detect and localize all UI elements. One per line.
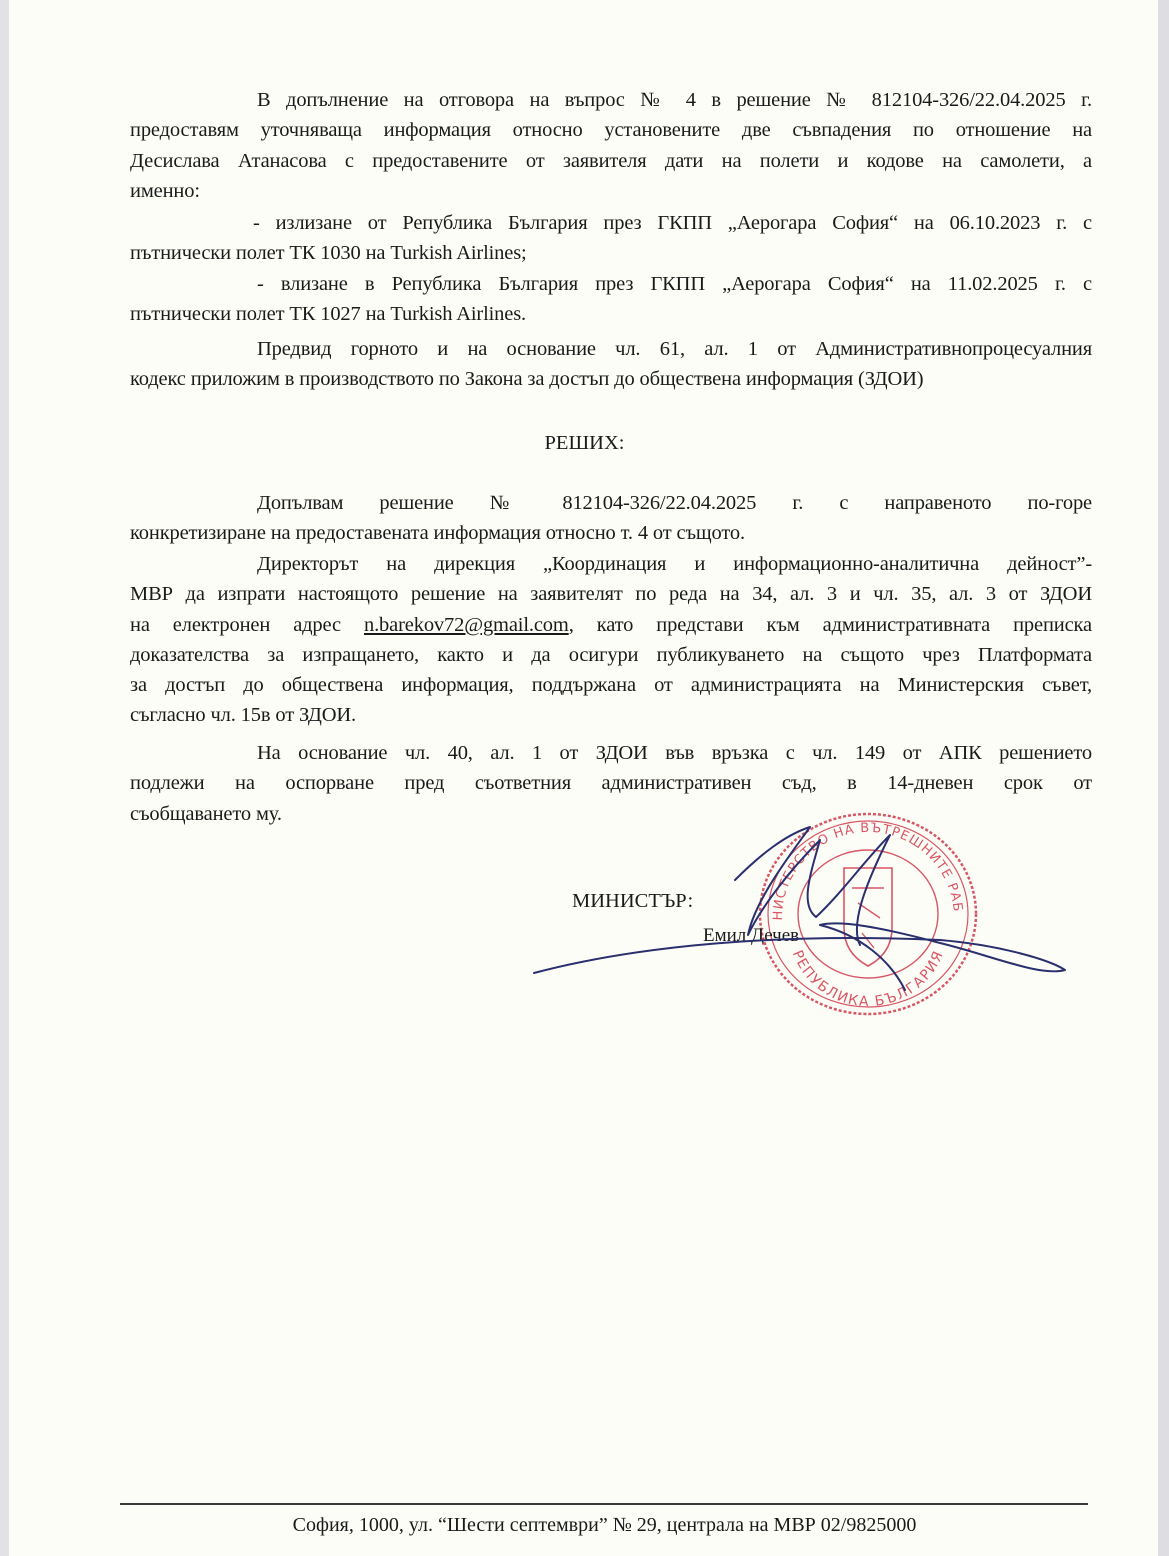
handwritten-signature-icon — [520, 815, 1080, 995]
text-line: МВР да изпрати настоящото решение на зая… — [130, 579, 1092, 609]
text-line: именно: — [130, 176, 1092, 206]
paragraph-supplement: Допълвам решение № 812104-326/22.04.2025… — [130, 488, 1092, 549]
text-fragment: на електронен адрес — [130, 614, 364, 636]
text-line: за достъп до обществена информация, подд… — [130, 670, 1092, 700]
paragraph-instructions: Директорът на дирекция „Координация и ин… — [130, 549, 1092, 731]
text-line: Допълвам решение № 812104-326/22.04.2025… — [130, 488, 1092, 518]
paragraph-basis: Предвид горното и на основание чл. 61, а… — [130, 334, 1092, 395]
list-item-departure: - излизане от Република България през ГК… — [130, 208, 1092, 269]
text-line: - влизане в Република България през ГКПП… — [130, 269, 1092, 299]
email-link[interactable]: n.barekov72@gmail.com — [364, 614, 569, 636]
text-line: подлежи на оспорване пред съответния адм… — [130, 768, 1092, 798]
text-line: на електронен адрес n.barekov72@gmail.co… — [130, 610, 1092, 640]
text-line: доказателства за изпращането, както и да… — [130, 640, 1092, 670]
footer-address: София, 1000, ул. “Шести септември” № 29,… — [0, 1514, 1169, 1537]
page-edge-right — [1158, 0, 1169, 1556]
text-line: предоставям уточняваща информация относн… — [130, 115, 1092, 145]
text-fragment: , като представи към административната п… — [569, 614, 1092, 636]
decision-heading: РЕШИХ: — [0, 428, 1169, 458]
text-line: пътнически полет ТК 1027 на Turkish Airl… — [130, 299, 1092, 329]
text-line: пътнически полет ТК 1030 на Turkish Airl… — [130, 238, 1092, 268]
text-line: Предвид горното и на основание чл. 61, а… — [130, 334, 1092, 364]
text-line: конкретизиране на предоставената информа… — [130, 518, 1092, 548]
page-edge-left — [0, 0, 9, 1556]
text-line: На основание чл. 40, ал. 1 от ЗДОИ във в… — [130, 738, 1092, 768]
text-line: съгласно чл. 15в от ЗДОИ. — [130, 700, 1092, 730]
text-line: В допълнение на отговора на въпрос № 4 в… — [130, 85, 1092, 115]
text-line: Директорът на дирекция „Координация и ин… — [130, 549, 1092, 579]
text-line: кодекс приложим в производството по Зако… — [130, 364, 1092, 394]
text-line: Десислава Атанасова с предоставените от … — [130, 146, 1092, 176]
footer-divider — [120, 1503, 1088, 1505]
paragraph-intro: В допълнение на отговора на въпрос № 4 в… — [130, 85, 1092, 206]
text-line: - излизане от Република България през ГК… — [130, 208, 1092, 238]
list-item-arrival: - влизане в Република България през ГКПП… — [130, 269, 1092, 330]
